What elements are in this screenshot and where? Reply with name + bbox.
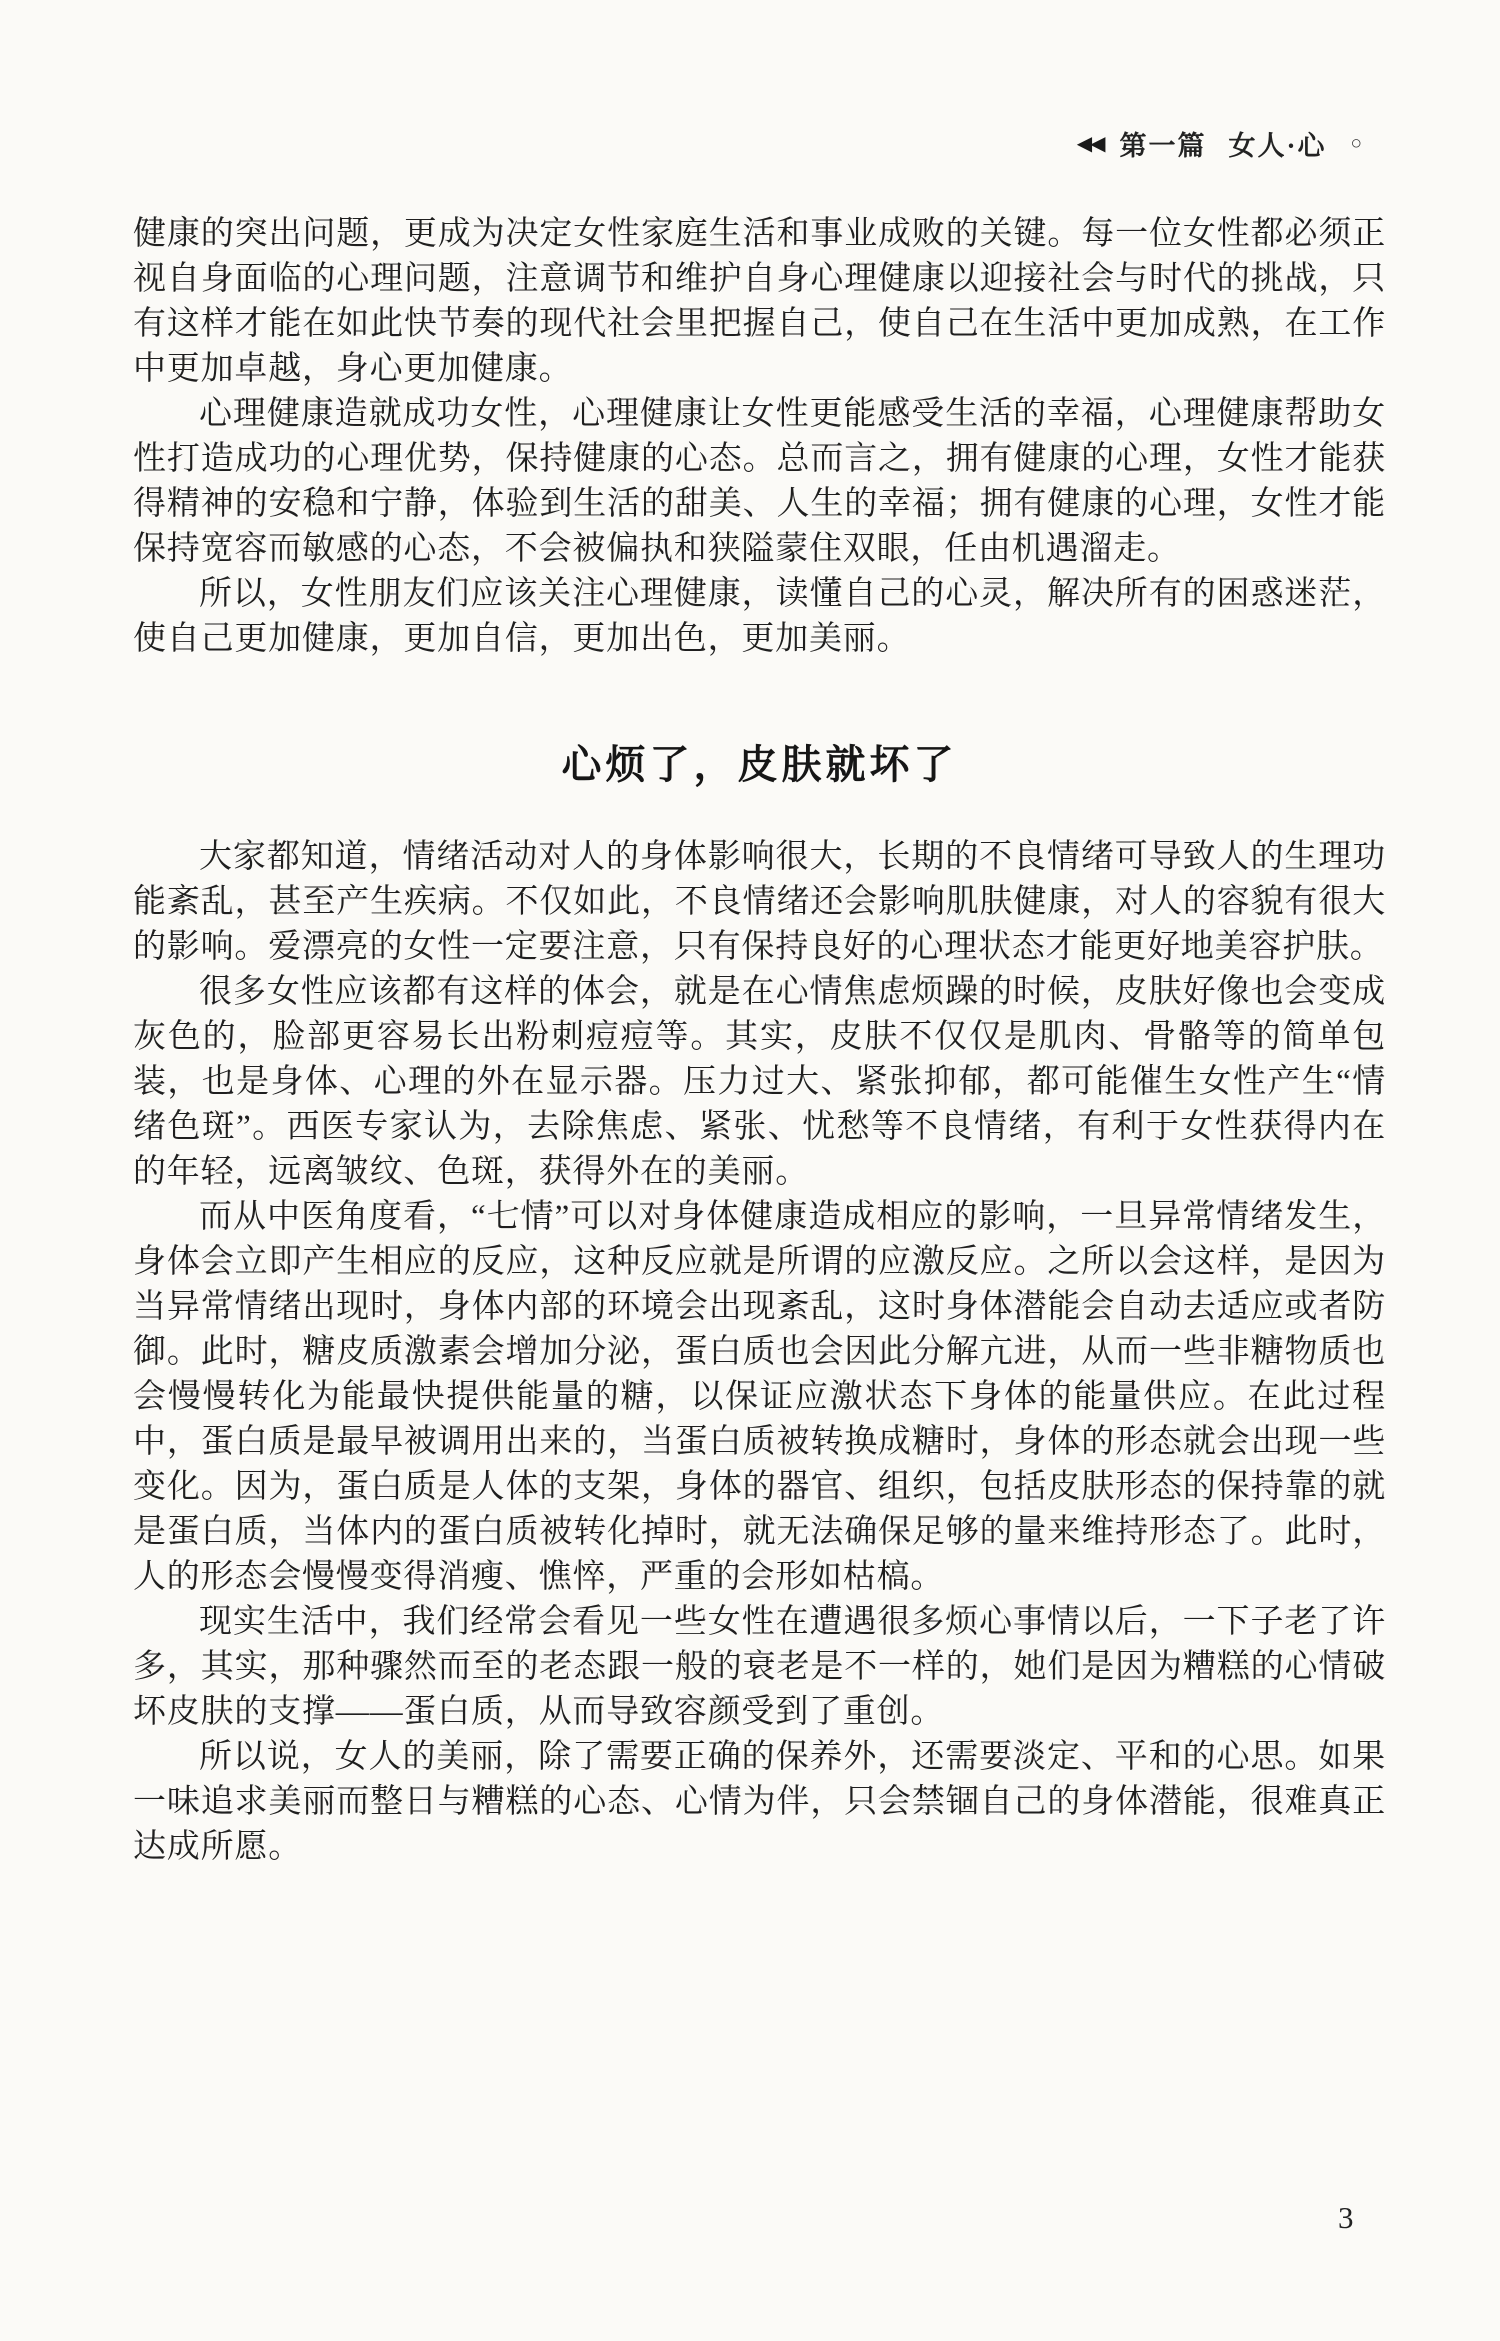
section-heading: 心烦了，皮肤就坏了 [133, 742, 1386, 788]
running-header: ◀◀ 第一篇 女人·心 ○ [1077, 124, 1362, 163]
circle-ornament-icon: ○ [1351, 133, 1362, 155]
body-paragraph: 心理健康造就成功女性，心理健康让女性更能感受生活的幸福，心理健康帮助女性打造成功… [133, 392, 1386, 572]
double-left-arrow-icon: ◀◀ [1077, 131, 1104, 156]
part-title: 女人·心 [1229, 124, 1327, 163]
body-paragraph: 很多女性应该都有这样的体会，就是在心情焦虑烦躁的时候，皮肤好像也会变成灰色的，脸… [133, 970, 1386, 1195]
body-paragraph: 所以说，女人的美丽，除了需要正确的保养外，还需要淡定、平和的心思。如果一味追求美… [133, 1735, 1386, 1870]
body-paragraph: 所以，女性朋友们应该关注心理健康，读懂自己的心灵，解决所有的困惑迷茫，使自己更加… [133, 572, 1386, 662]
body-paragraph: 大家都知道，情绪活动对人的身体影响很大，长期的不良情绪可导致人的生理功能紊乱，甚… [133, 835, 1386, 970]
body-paragraph: 而从中医角度看，“七情”可以对身体健康造成相应的影响，一旦异常情绪发生，身体会立… [133, 1195, 1386, 1600]
body-paragraph: 健康的突出问题，更成为决定女性家庭生活和事业成败的关键。每一位女性都必须正视自身… [133, 212, 1386, 392]
part-label: 第一篇 [1120, 124, 1207, 163]
page-content: 健康的突出问题，更成为决定女性家庭生活和事业成败的关键。每一位女性都必须正视自身… [133, 212, 1386, 1870]
page-number: 3 [1338, 2200, 1354, 2236]
body-paragraph: 现实生活中，我们经常会看见一些女性在遭遇很多烦心事情以后，一下子老了许多，其实，… [133, 1600, 1386, 1735]
book-page: ◀◀ 第一篇 女人·心 ○ 健康的突出问题，更成为决定女性家庭生活和事业成败的关… [0, 0, 1500, 2341]
